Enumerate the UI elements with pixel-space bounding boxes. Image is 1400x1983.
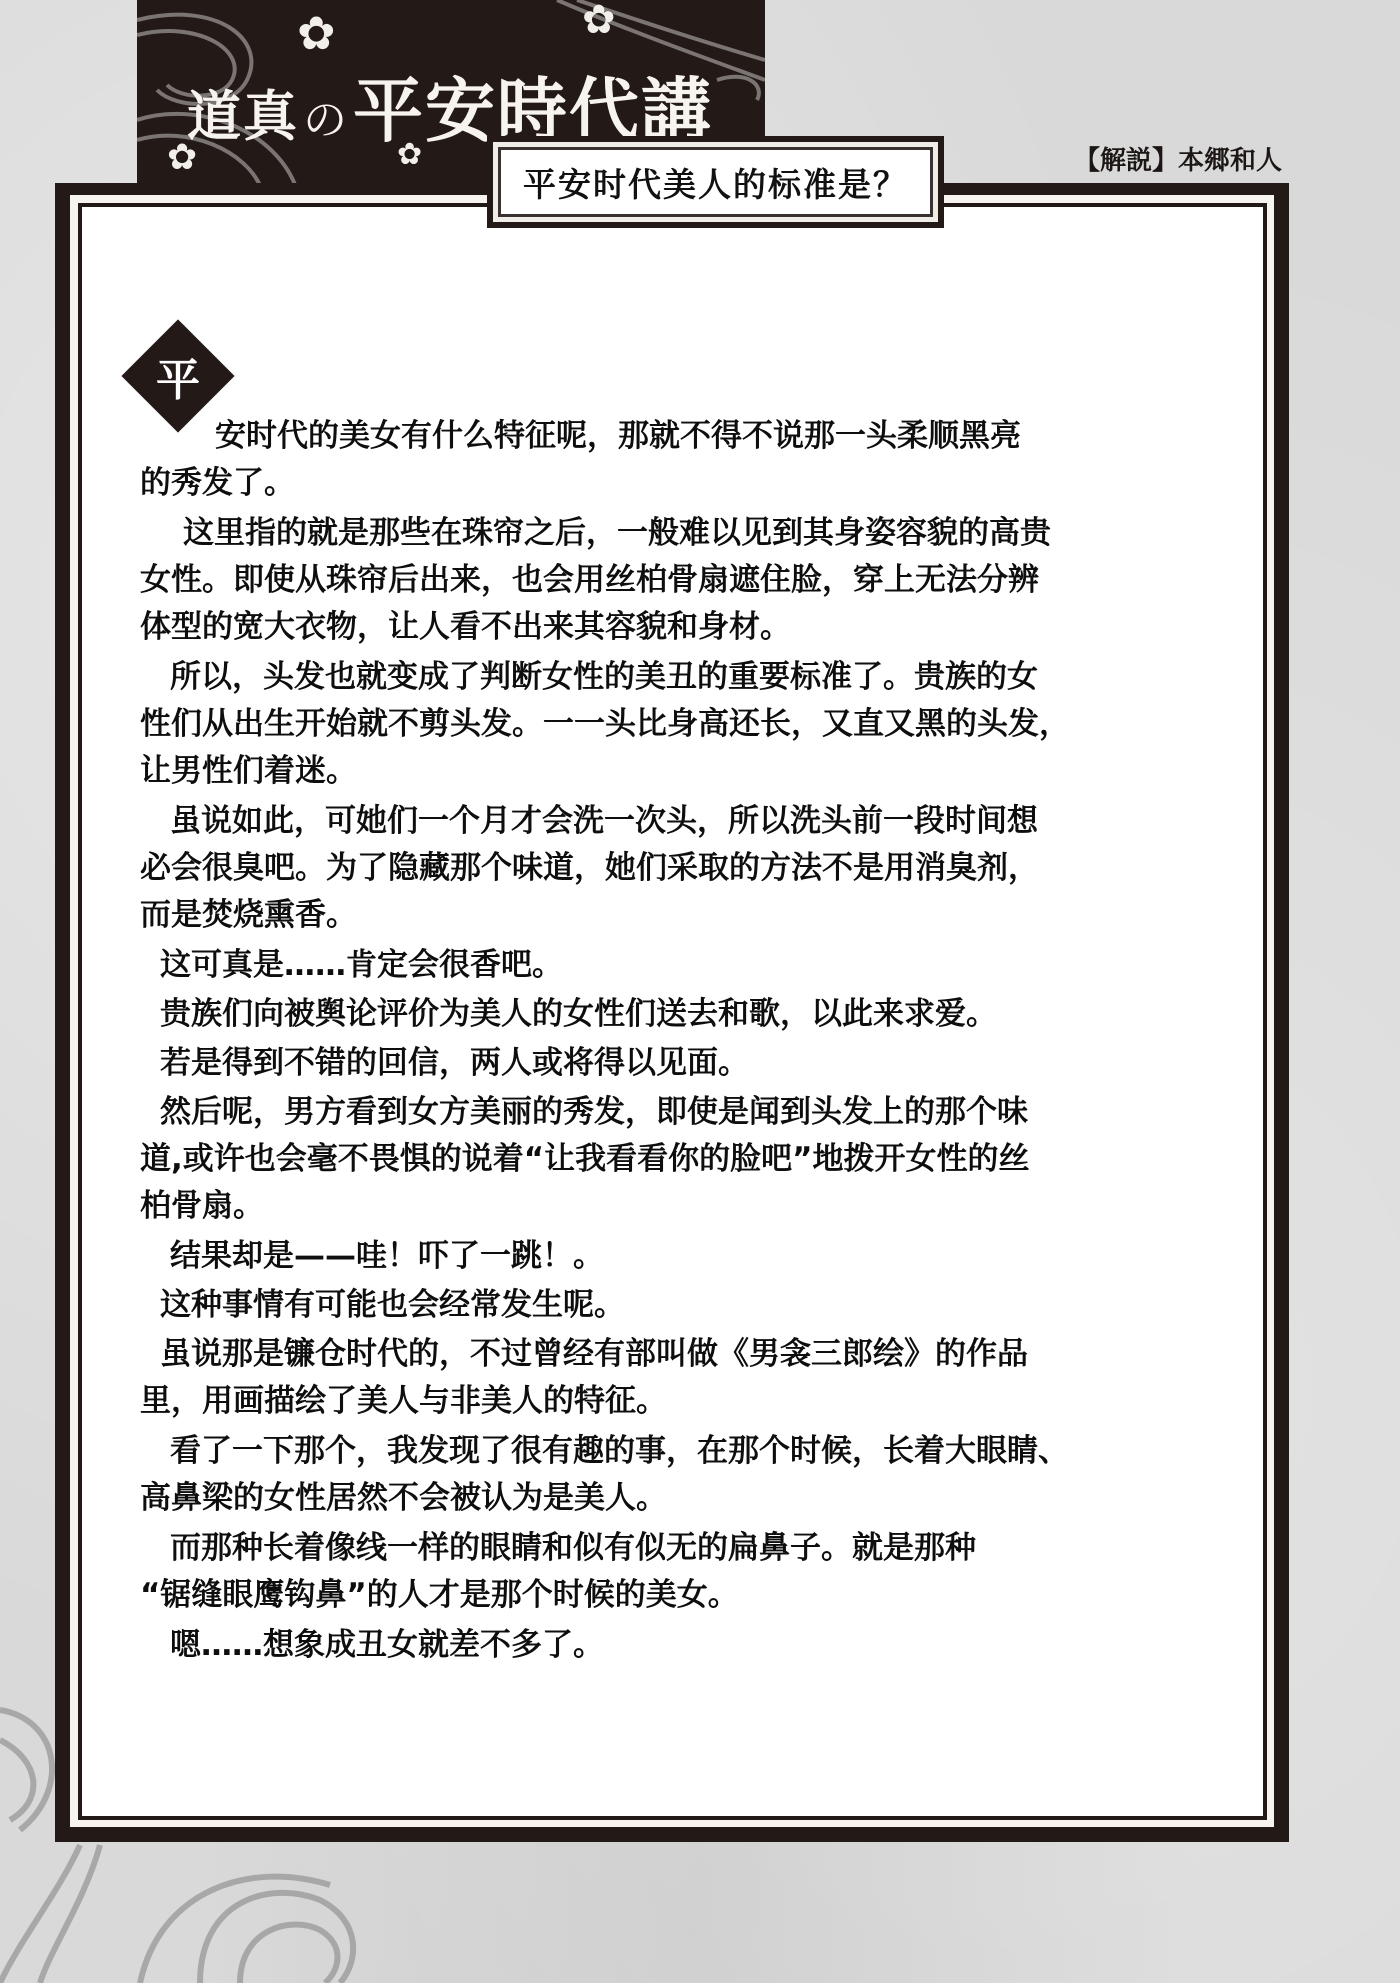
article-line: 虽说那是镰仓时代的，不过曾经有部叫做《男衾三郎绘》的作品 xyxy=(160,1328,1028,1373)
article-line: 柏骨扇。 xyxy=(140,1180,264,1225)
article-line: 然后呢，男方看到女方美丽的秀发，即使是闻到头发上的那个味 xyxy=(160,1086,1028,1131)
article-line: 性们从出生开始就不剪头发。一一头比身高还长，又直又黑的头发， xyxy=(140,698,1070,743)
author-credit: 【解説】本郷和人 xyxy=(1074,140,1282,177)
article-line: 贵族们向被舆论评价为美人的女性们送去和歌，以此来求爱。 xyxy=(160,988,997,1033)
series-title-prefix: 道真 xyxy=(187,84,299,148)
article-line: 这可真是……肯定会很香吧。 xyxy=(160,939,563,984)
article-line: 体型的宽大衣物，让人看不出来其容貌和身材。 xyxy=(140,601,791,646)
article-line: 看了一下那个，我发现了很有趣的事，在那个时候，长着大眼睛、 xyxy=(170,1425,1069,1470)
article-line: 里，用画描绘了美人与非美人的特征。 xyxy=(140,1375,667,1420)
article-line: “锯缝眼鹰钩鼻”的人才是那个时候的美女。 xyxy=(140,1569,739,1614)
article-line: 的秀发了。 xyxy=(140,457,295,502)
article-line: 结果却是——哇！吓了一跳！。 xyxy=(170,1230,604,1275)
sakura-flower-icon: ✿ xyxy=(297,10,336,56)
article-line: 女性。即使从珠帘后出来，也会用丝柏骨扇遮住脸，穿上无法分辨 xyxy=(140,554,1039,599)
article-line: 若是得到不错的回信，两人或将得以见面。 xyxy=(160,1037,749,1082)
article-line: 这里指的就是那些在珠帘之后，一般难以见到其身姿容貌的高贵 xyxy=(183,507,1051,552)
article-line: 这种事情有可能也会经常发生呢。 xyxy=(160,1279,625,1324)
sakura-flower-icon: ✿ xyxy=(582,0,616,40)
article-line: 道,或许也会毫不畏惧的说着“让我看看你的脸吧”地拨开女性的丝 xyxy=(140,1133,1030,1178)
article-line: 高鼻梁的女性居然不会被认为是美人。 xyxy=(140,1472,667,1517)
article-line: 而是焚烧熏香。 xyxy=(140,889,357,934)
subtitle-box-strip: 平安时代美人的标准是？ xyxy=(493,142,938,222)
article-line: 虽说如此，可她们一个月才会洗一次头，所以洗头前一段时间想 xyxy=(170,795,1038,840)
drop-cap-letter: 平 xyxy=(138,336,218,416)
article-line: 而那种长着像线一样的眼睛和似有似无的扁鼻子。就是那种 xyxy=(170,1522,976,1567)
article-subtitle: 平安时代美人的标准是？ xyxy=(498,147,933,217)
series-title-particle: の xyxy=(303,95,349,146)
article-line: 必会很臭吧。为了隐藏那个味道，她们采取的方法不是用消臭剂， xyxy=(140,842,1039,887)
article-line: 让男性们着迷。 xyxy=(140,745,357,790)
article-line: 所以，头发也就变成了判断女性的美丑的重要标准了。贵族的女 xyxy=(170,651,1038,696)
subtitle-box: 平安时代美人的标准是？ xyxy=(487,136,944,228)
article-line: 嗯……想象成丑女就差不多了。 xyxy=(170,1619,604,1664)
article-line: 安时代的美女有什么特征呢，那就不得不说那一头柔顺黑亮 xyxy=(215,410,1021,455)
